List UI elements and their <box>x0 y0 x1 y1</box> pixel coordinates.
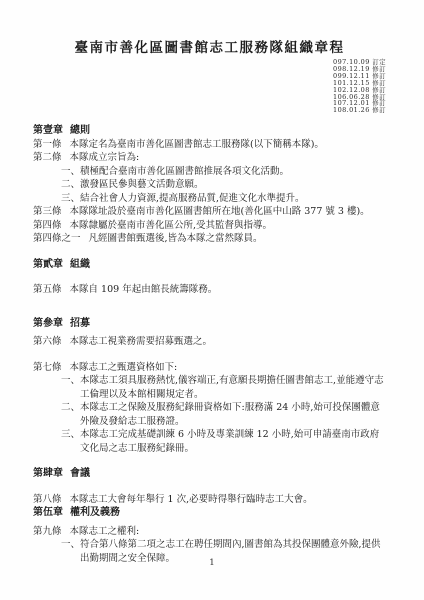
doc-line-item: 二、本隊志工之保險及服務紀錄冊資格如下:服務滿 24 小時,始可投保團體意外險及… <box>61 401 386 428</box>
article-label: 第九條 <box>33 525 62 539</box>
item-marker: 二、 <box>61 178 80 192</box>
doc-line-article: 第六條本隊志工視業務需要招募甄選之。 <box>33 335 386 349</box>
chapter-text: 權利及義務 <box>70 506 386 520</box>
item-marker: 一、 <box>61 165 80 179</box>
doc-line-article: 第九條本隊志工之權利: <box>33 525 386 539</box>
chapter-label: 第貳章 <box>33 258 63 272</box>
item-marker: 三、 <box>61 192 80 206</box>
page-number: 1 <box>0 558 424 568</box>
article-text: 本隊隊址設於臺南市善化區圖書館所在地(善化區中山路 377 號 3 樓)。 <box>70 205 386 219</box>
chapter-label: 第伍章 <box>33 506 63 520</box>
article-text: 本隊志工之權利: <box>70 525 386 539</box>
item-marker: 二、 <box>61 401 80 415</box>
doc-line-item: 一、本隊志工須具服務熱忱,儀容端正,有意願長期擔任圖書館志工,並能遵守志工倫理以… <box>61 374 386 401</box>
article-label: 第四條 <box>33 219 62 233</box>
doc-line-chapter: 第貳章組織 <box>33 258 386 272</box>
revision-history: 097.10.09 訂定098.12.19 修訂099.12.11 修訂101.… <box>33 59 386 114</box>
doc-line-article: 第一條本隊定名為臺南市善化區圖書館志工服務隊(以下簡稱本隊)。 <box>33 138 386 152</box>
item-text: 本隊志工須具服務熱忱,儀容端正,有意願長期擔任圖書館志工,並能遵守志工倫理以及本… <box>80 374 386 401</box>
article-label: 第五條 <box>33 283 62 297</box>
chapter-text: 總則 <box>70 124 386 138</box>
item-marker: 一、 <box>61 538 80 552</box>
doc-line-article: 第八條本隊志工大會每年舉行 1 次,必要時得舉行臨時志工大會。 <box>33 493 386 507</box>
doc-line-item: 一、積極配合臺南市善化區圖書館推展各項文化活動。 <box>61 165 386 179</box>
document-title: 臺南市善化區圖書館志工服務隊組織章程 <box>33 36 386 56</box>
article-label: 第一條 <box>33 138 62 152</box>
article-label: 第二條 <box>33 151 62 165</box>
doc-line-chapter: 第壹章總則 <box>33 124 386 138</box>
chapter-label: 第壹章 <box>33 124 63 138</box>
doc-line-article: 第五條本隊自 109 年起由館長統籌隊務。 <box>33 283 386 297</box>
doc-line-item: 三、結合社會人力資源,提高服務品質,促進文化水準提升。 <box>61 192 386 206</box>
document-body: 第壹章總則第一條本隊定名為臺南市善化區圖書館志工服務隊(以下簡稱本隊)。第二條本… <box>33 124 386 565</box>
doc-line-article: 第四條之一凡經圖書館甄選後,皆為本隊之當然隊員。 <box>33 232 386 246</box>
article-text: 本隊隸屬於臺南市善化區公所,受其監督與指導。 <box>70 219 386 233</box>
doc-line-article: 第三條本隊隊址設於臺南市善化區圖書館所在地(善化區中山路 377 號 3 樓)。 <box>33 205 386 219</box>
item-text: 本隊志工之保險及服務紀錄冊資格如下:服務滿 24 小時,始可投保團體意外險及發給… <box>80 401 386 428</box>
item-text: 激發區民參與藝文活動意願。 <box>80 178 386 192</box>
chapter-text: 招募 <box>70 317 386 331</box>
article-label: 第八條 <box>33 493 62 507</box>
article-label: 第六條 <box>33 335 62 349</box>
article-text: 本隊志工視業務需要招募甄選之。 <box>70 335 386 349</box>
item-marker: 三、 <box>61 428 80 442</box>
item-marker: 一、 <box>61 374 80 388</box>
doc-line-item: 二、激發區民參與藝文活動意願。 <box>61 178 386 192</box>
document-page: 臺南市善化區圖書館志工服務隊組織章程 097.10.09 訂定098.12.19… <box>0 0 424 600</box>
item-text: 結合社會人力資源,提高服務品質,促進文化水準提升。 <box>80 192 386 206</box>
article-label: 第七條 <box>33 361 62 375</box>
doc-line-article: 第七條本隊志工之甄選資格如下: <box>33 361 386 375</box>
doc-line-item: 三、本隊志工完成基礎訓練 6 小時及專業訓練 12 小時,始可申請臺南市政府文化… <box>61 428 386 455</box>
article-label: 第三條 <box>33 205 62 219</box>
article-text: 本隊自 109 年起由館長統籌隊務。 <box>70 283 386 297</box>
chapter-label: 第參章 <box>33 317 63 331</box>
item-text: 本隊志工完成基礎訓練 6 小時及專業訓練 12 小時,始可申請臺南市政府文化局之… <box>80 428 386 455</box>
article-text: 本隊成立宗旨為: <box>70 151 386 165</box>
chapter-text: 會議 <box>70 467 386 481</box>
chapter-label: 第肆章 <box>33 467 63 481</box>
doc-line-chapter: 第伍章權利及義務 <box>33 506 386 520</box>
article-text: 本隊志工之甄選資格如下: <box>70 361 386 375</box>
article-text: 本隊志工大會每年舉行 1 次,必要時得舉行臨時志工大會。 <box>70 493 386 507</box>
item-text: 積極配合臺南市善化區圖書館推展各項文化活動。 <box>80 165 386 179</box>
doc-line-article: 第二條本隊成立宗旨為: <box>33 151 386 165</box>
doc-line-article: 第四條本隊隸屬於臺南市善化區公所,受其監督與指導。 <box>33 219 386 233</box>
doc-line-chapter: 第參章招募 <box>33 317 386 331</box>
article-text: 本隊定名為臺南市善化區圖書館志工服務隊(以下簡稱本隊)。 <box>70 138 386 152</box>
revision-entry: 108.01.26 修訂 <box>33 107 386 114</box>
chapter-text: 組織 <box>70 258 386 272</box>
doc-line-chapter: 第肆章會議 <box>33 467 386 481</box>
article-label: 第四條之一 <box>33 232 81 246</box>
article-text: 凡經圖書館甄選後,皆為本隊之當然隊員。 <box>89 232 386 246</box>
